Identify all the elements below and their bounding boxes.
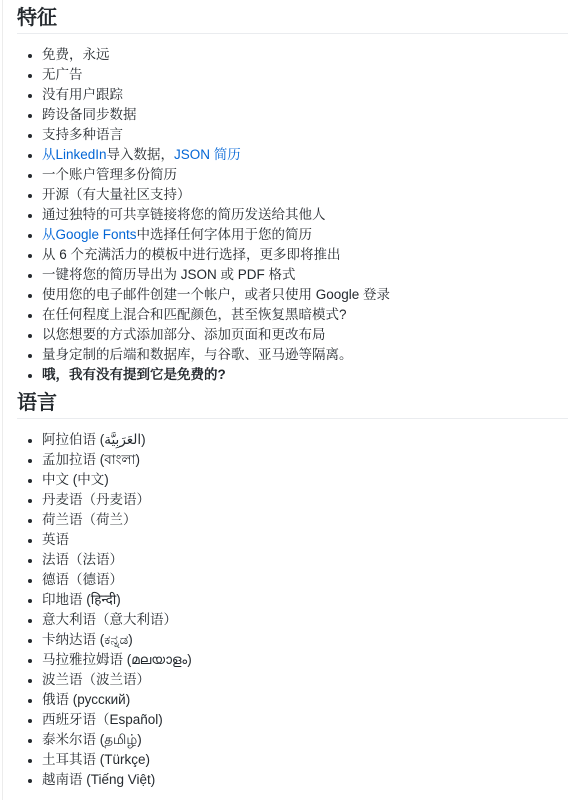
list-item: 中文 (中文) (42, 471, 568, 488)
features-heading: 特征 (17, 8, 568, 34)
item-text: 免费，永远 (42, 47, 110, 62)
list-item: 量身定制的后端和数据库，与谷歌、亚马逊等隔离。 (42, 346, 568, 363)
list-item: 无广告 (42, 66, 568, 83)
list-item: 西班牙语（Español) (42, 711, 568, 728)
list-item: 免费，永远 (42, 46, 568, 63)
list-item: 丹麦语（丹麦语） (42, 491, 568, 508)
item-text: 孟加拉语 (বাংলা) (42, 452, 140, 467)
list-item: 荷兰语（荷兰） (42, 511, 568, 528)
list-item: 英语 (42, 531, 568, 548)
item-text: 以您想要的方式添加部分、添加页面和更改布局 (42, 327, 326, 342)
list-item: 从Google Fonts中选择任何字体用于您的简历 (42, 226, 568, 243)
item-text: 泰米尔语 (தமிழ்) (42, 732, 142, 747)
item-text: 开源（有大量社区支持） (42, 187, 191, 202)
item-text: 法语（法语） (42, 552, 123, 567)
list-item: 开源（有大量社区支持） (42, 186, 568, 203)
list-item: 哦，我有没有提到它是免费的? (42, 366, 568, 383)
list-item: 德语（德语） (42, 571, 568, 588)
list-item: 一键将您的简历导出为 JSON 或 PDF 格式 (42, 266, 568, 283)
list-item: 马拉雅拉姆语 (മലയാളം) (42, 651, 568, 668)
item-text: 丹麦语（丹麦语） (42, 492, 150, 507)
item-text: 卡纳达语 (ಕನ್ನಡ) (42, 632, 133, 647)
item-text: 马拉雅拉姆语 (മലയാളം) (42, 652, 192, 667)
list-item: 意大利语（意大利语） (42, 611, 568, 628)
item-text: 越南语 (Tiếng Việt) (42, 772, 155, 787)
item-text: 阿拉伯语 (العَرَبِيَّة) (42, 432, 146, 447)
readme-content: 特征 免费，永远无广告没有用户跟踪跨设备同步数据支持多种语言从LinkedIn导… (2, 0, 572, 800)
section-languages: 语言 阿拉伯语 (العَرَبِيَّة)孟加拉语 (বাংলা)中文 (中文… (17, 393, 568, 788)
item-text: 德语（德语） (42, 572, 123, 587)
item-text: 中文 (中文) (42, 472, 109, 487)
list-item: 以您想要的方式添加部分、添加页面和更改布局 (42, 326, 568, 343)
item-text: 印地语 (हिन्दी) (42, 592, 121, 607)
section-features: 特征 免费，永远无广告没有用户跟踪跨设备同步数据支持多种语言从LinkedIn导… (17, 8, 568, 383)
list-item: 支持多种语言 (42, 126, 568, 143)
item-text: 支持多种语言 (42, 127, 123, 142)
inline-link[interactable]: 从Google Fonts (42, 227, 137, 242)
item-text: 无广告 (42, 67, 83, 82)
item-text: 量身定制的后端和数据库，与谷歌、亚马逊等隔离。 (42, 347, 353, 362)
languages-list: 阿拉伯语 (العَرَبِيَّة)孟加拉语 (বাংলা)中文 (中文)丹麦… (17, 431, 568, 788)
inline-link[interactable]: 从LinkedIn (42, 147, 107, 162)
list-item: 波兰语（波兰语） (42, 671, 568, 688)
item-text: 波兰语（波兰语） (42, 672, 150, 687)
list-item: 从 6 个充满活力的模板中进行选择，更多即将推出 (42, 246, 568, 263)
item-text: 土耳其语 (Türkçe) (42, 752, 150, 767)
list-item: 泰米尔语 (தமிழ்) (42, 731, 568, 748)
item-text: 俄语 (русский) (42, 692, 130, 707)
item-text: 西班牙语（Español) (42, 712, 163, 727)
item-text: 跨设备同步数据 (42, 107, 137, 122)
item-text: 一个账户管理多份简历 (42, 167, 177, 182)
list-item: 越南语 (Tiếng Việt) (42, 771, 568, 788)
list-item: 一个账户管理多份简历 (42, 166, 568, 183)
list-item: 卡纳达语 (ಕನ್ನಡ) (42, 631, 568, 648)
item-text: 使用您的电子邮件创建一个帐户，或者只使用 Google 登录 (42, 287, 390, 302)
item-text: 意大利语（意大利语） (42, 612, 177, 627)
item-text: 在任何程度上混合和匹配颜色，甚至恢复黑暗模式? (42, 307, 347, 322)
item-text: 荷兰语（荷兰） (42, 512, 137, 527)
list-item: 孟加拉语 (বাংলা) (42, 451, 568, 468)
list-item: 使用您的电子邮件创建一个帐户，或者只使用 Google 登录 (42, 286, 568, 303)
item-text: 英语 (42, 532, 69, 547)
list-item: 土耳其语 (Türkçe) (42, 751, 568, 768)
list-item: 通过独特的可共享链接将您的简历发送给其他人 (42, 206, 568, 223)
list-item: 俄语 (русский) (42, 691, 568, 708)
list-item: 印地语 (हिन्दी) (42, 591, 568, 608)
inline-link[interactable]: JSON 简历 (174, 147, 241, 162)
features-list: 免费，永远无广告没有用户跟踪跨设备同步数据支持多种语言从LinkedIn导入数据… (17, 46, 568, 383)
list-item: 没有用户跟踪 (42, 86, 568, 103)
item-text: 导入数据， (107, 147, 175, 162)
list-item: 法语（法语） (42, 551, 568, 568)
list-item: 跨设备同步数据 (42, 106, 568, 123)
list-item: 在任何程度上混合和匹配颜色，甚至恢复黑暗模式? (42, 306, 568, 323)
list-item: 阿拉伯语 (العَرَبِيَّة) (42, 431, 568, 448)
item-text: 通过独特的可共享链接将您的简历发送给其他人 (42, 207, 326, 222)
list-item: 从LinkedIn导入数据，JSON 简历 (42, 146, 568, 163)
item-text: 没有用户跟踪 (42, 87, 123, 102)
bold-text: 哦，我有没有提到它是免费的? (42, 367, 226, 382)
languages-heading: 语言 (17, 393, 568, 419)
item-text: 中选择任何字体用于您的简历 (137, 227, 313, 242)
item-text: 从 6 个充满活力的模板中进行选择，更多即将推出 (42, 247, 341, 262)
item-text: 一键将您的简历导出为 JSON 或 PDF 格式 (42, 267, 296, 282)
